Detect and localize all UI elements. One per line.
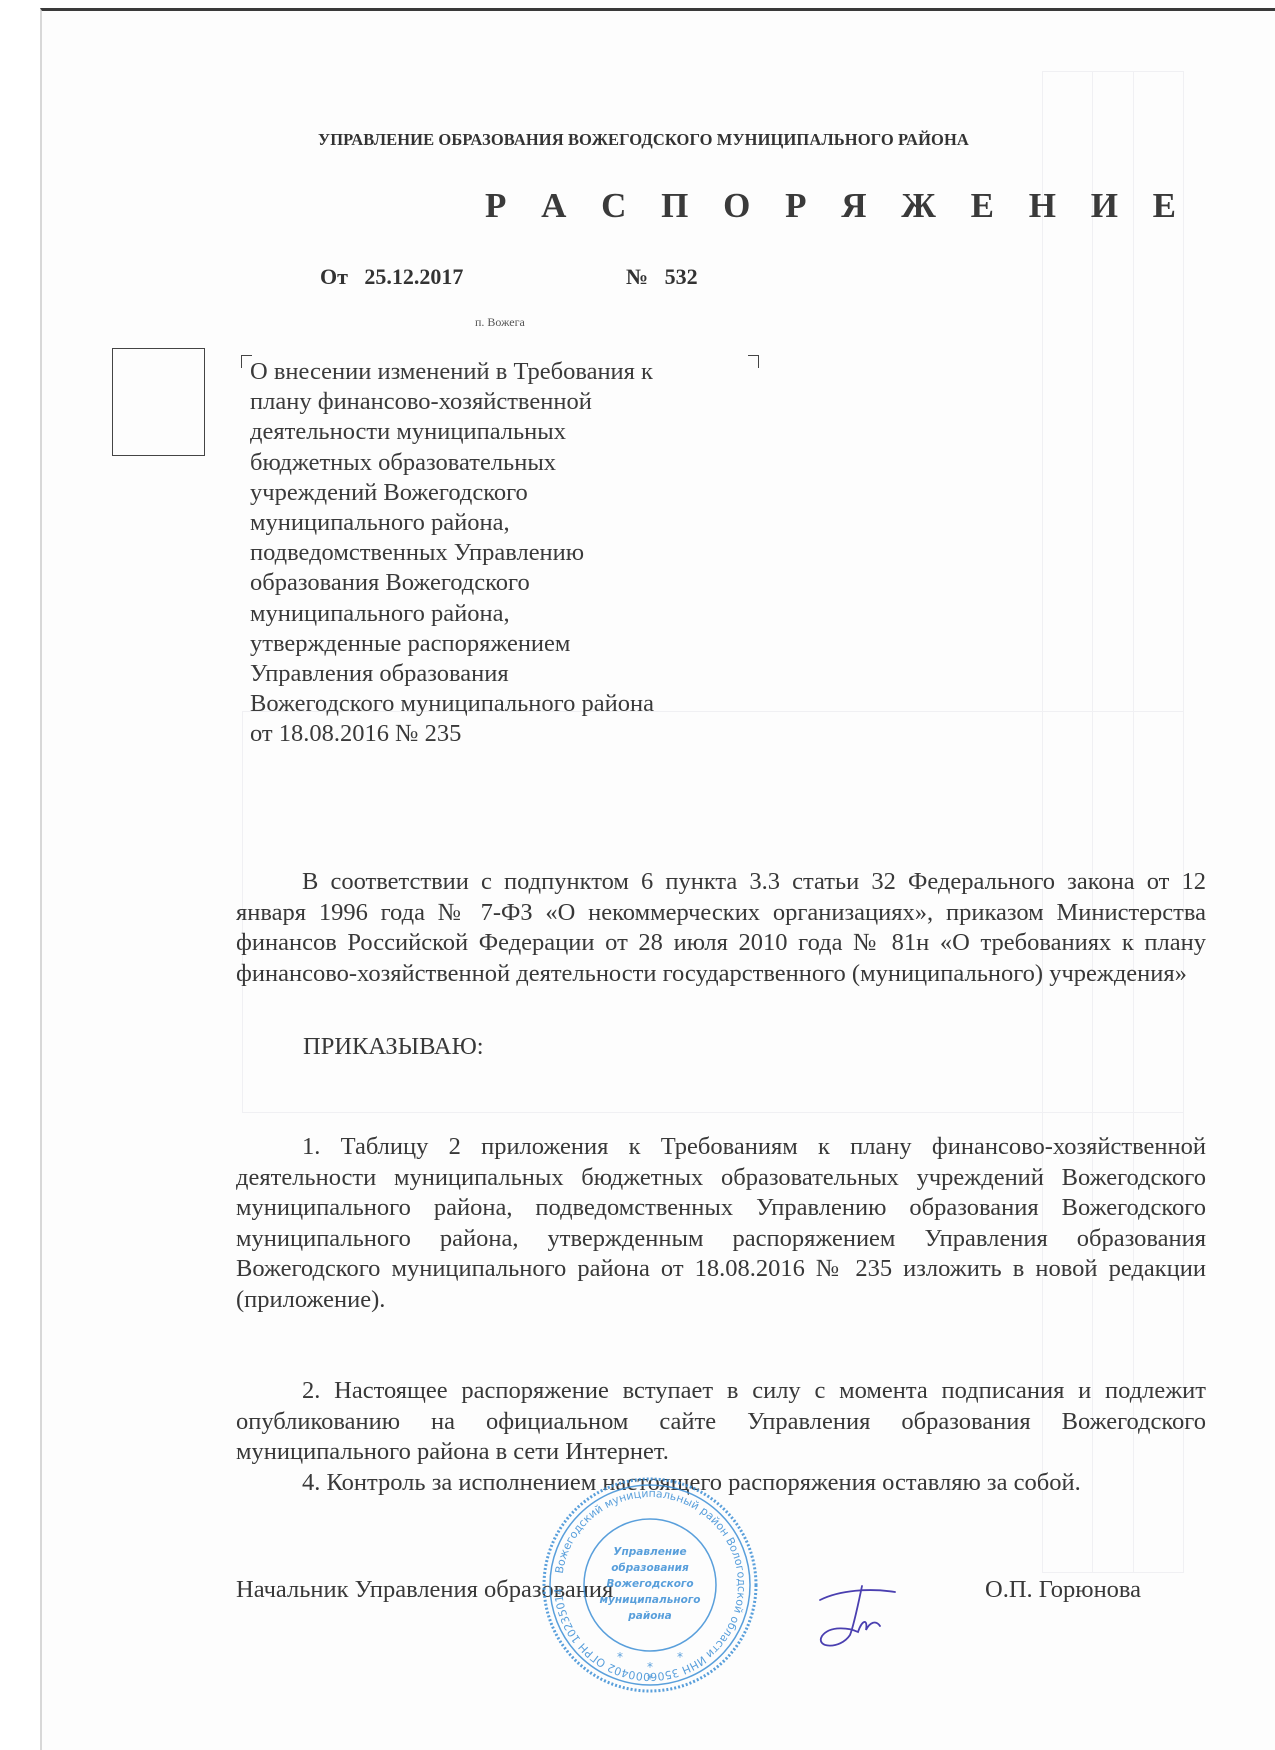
svg-text:*: * — [617, 1650, 623, 1664]
subject-line: образования Вожегодского — [250, 568, 770, 598]
number-value: 532 — [665, 264, 698, 289]
organization-header: УПРАВЛЕНИЕ ОБРАЗОВАНИЯ ВОЖЕГОДСКОГО МУНИ… — [318, 130, 969, 150]
number-label: № — [626, 264, 648, 289]
subject-line: учреждений Вожегодского — [250, 478, 770, 508]
order-item-2: 2. Настоящее распоряжение вступает в сил… — [236, 1376, 1206, 1468]
svg-text:*: * — [647, 1672, 653, 1686]
subject-line: утвержденные распоряжением — [250, 629, 770, 659]
subject-line: муниципального района, — [250, 599, 770, 629]
place-of-issue: п. Вожега — [475, 315, 525, 330]
stamp-center-line: муниципального — [599, 1594, 700, 1606]
subject-line: Вожегодского муниципального района — [250, 689, 770, 719]
official-stamp-icon: Вожегодский муниципальный район Вологодс… — [540, 1475, 760, 1695]
order-item-1: 1. Таблицу 2 приложения к Требованиям к … — [236, 1132, 1206, 1315]
stamp-center-line: Вожегодского — [606, 1578, 693, 1590]
date-label: От — [320, 264, 348, 289]
subject-line: бюджетных образовательных — [250, 448, 770, 478]
svg-text:*: * — [677, 1650, 683, 1664]
subject-line: О внесении изменений в Требования к — [250, 357, 770, 387]
stamp-center-line: Управление — [613, 1546, 686, 1558]
signer-name: О.П. Горюнова — [985, 1576, 1141, 1604]
document-type-title: Р А С П О Р Я Ж Е Н И Е — [485, 186, 1189, 226]
date-value: 25.12.2017 — [364, 264, 463, 289]
subject-line: подведомственных Управлению — [250, 538, 770, 568]
preamble-paragraph: В соответствии с подпунктом 6 пункта 3.3… — [236, 867, 1206, 989]
document-subject: О внесении изменений в Требования к план… — [250, 357, 770, 750]
document-date: От 25.12.2017 — [320, 264, 463, 290]
stamp-center-line: района — [627, 1610, 672, 1622]
registration-box — [112, 348, 205, 456]
subject-line: Управления образования — [250, 659, 770, 689]
subject-line: плану финансово-хозяйственной — [250, 387, 770, 417]
document-number: № 532 — [626, 264, 698, 290]
stamp-center-line: образования — [611, 1562, 689, 1574]
order-heading: ПРИКАЗЫВАЮ: — [303, 1033, 484, 1061]
subject-line: муниципального района, — [250, 508, 770, 538]
subject-line: от 18.08.2016 № 235 — [250, 719, 770, 749]
handwritten-signature-icon — [810, 1580, 910, 1650]
subject-line: деятельности муниципальных — [250, 417, 770, 447]
